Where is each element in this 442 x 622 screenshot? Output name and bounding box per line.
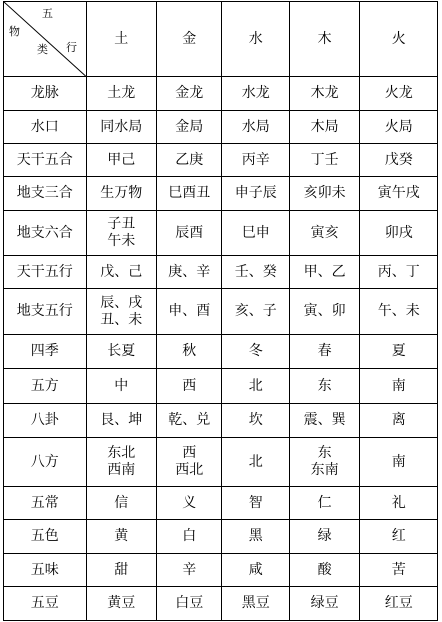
table-cell: 生万物: [86, 177, 156, 211]
table-cell: 卯戌: [360, 211, 438, 256]
table-cell: 子丑午未: [86, 211, 156, 256]
table-body: 五 物 类 行 土 金 水 木 火 龙脉土龙金龙水龙木龙火龙水口同水局金局水局木…: [4, 2, 438, 621]
table-row: 地支六合子丑午未辰酉巳申寅亥卯戌: [4, 211, 438, 256]
table-row: 五常信义智仁礼: [4, 487, 438, 520]
table-cell: 土龙: [86, 77, 156, 111]
table-cell: 西: [157, 369, 222, 404]
table-cell: 长夏: [86, 335, 156, 369]
cell-line: 午未: [87, 233, 156, 250]
table-row: 五豆黄豆白豆黑豆绿豆红豆: [4, 587, 438, 621]
table-cell: 木局: [289, 111, 359, 144]
table-cell: 丙辛: [222, 144, 289, 177]
row-label: 五豆: [4, 587, 87, 621]
table-cell: 秋: [157, 335, 222, 369]
row-label: 水口: [4, 111, 87, 144]
table-cell: 巳申: [222, 211, 289, 256]
corner-label-xing: 行: [66, 42, 77, 54]
table-cell: 金龙: [157, 77, 222, 111]
table-cell: 义: [157, 487, 222, 520]
table-cell: 黄: [86, 520, 156, 554]
table-cell: 黄豆: [86, 587, 156, 621]
table-cell: 庚、辛: [157, 256, 222, 289]
row-label: 天干五合: [4, 144, 87, 177]
table-cell: 甜: [86, 554, 156, 587]
cell-line: 子丑: [87, 216, 156, 233]
table-cell: 寅、卯: [289, 289, 359, 335]
header-row: 五 物 类 行 土 金 水 木 火: [4, 2, 438, 77]
row-label: 天干五行: [4, 256, 87, 289]
corner-label-wu-object: 物: [9, 26, 20, 38]
table-cell: 红豆: [360, 587, 438, 621]
table-cell: 亥、子: [222, 289, 289, 335]
corner-header-cell: 五 物 类 行: [4, 2, 87, 77]
table-cell: 火龙: [360, 77, 438, 111]
table-cell: 礼: [360, 487, 438, 520]
corner-label-wu: 五: [42, 8, 53, 20]
table-row: 水口同水局金局水局木局火局: [4, 111, 438, 144]
table-cell: 申、酉: [157, 289, 222, 335]
table-cell: 冬: [222, 335, 289, 369]
cell-line: 东南: [290, 462, 359, 479]
row-label: 地支六合: [4, 211, 87, 256]
corner-label-lei: 类: [37, 44, 48, 56]
table-cell: 坎: [222, 404, 289, 438]
table-cell: 亥卯未: [289, 177, 359, 211]
column-header-fire: 火: [360, 2, 438, 77]
table-cell: 仁: [289, 487, 359, 520]
table-cell: 北: [222, 438, 289, 487]
row-label: 五方: [4, 369, 87, 404]
row-label: 四季: [4, 335, 87, 369]
table-cell: 巳酉丑: [157, 177, 222, 211]
table-cell: 绿豆: [289, 587, 359, 621]
table-cell: 黑豆: [222, 587, 289, 621]
table-cell: 苦: [360, 554, 438, 587]
table-cell: 辰酉: [157, 211, 222, 256]
row-label: 八方: [4, 438, 87, 487]
table-cell: 艮、坤: [86, 404, 156, 438]
cell-line: 丑、未: [87, 312, 156, 329]
column-header-earth: 土: [86, 2, 156, 77]
row-label: 五色: [4, 520, 87, 554]
table-row: 八卦艮、坤乾、兑坎震、巽离: [4, 404, 438, 438]
table-cell: 东北西南: [86, 438, 156, 487]
cell-line: 东北: [87, 445, 156, 462]
table-row: 八方东北西南西西北北东东南南: [4, 438, 438, 487]
table-cell: 甲、乙: [289, 256, 359, 289]
table-cell: 夏: [360, 335, 438, 369]
table-cell: 智: [222, 487, 289, 520]
table-cell: 北: [222, 369, 289, 404]
table-cell: 南: [360, 438, 438, 487]
table-row: 四季长夏秋冬春夏: [4, 335, 438, 369]
table-cell: 丁壬: [289, 144, 359, 177]
table-cell: 金局: [157, 111, 222, 144]
table-cell: 寅午戌: [360, 177, 438, 211]
row-label: 地支五行: [4, 289, 87, 335]
column-header-wood: 木: [289, 2, 359, 77]
table-cell: 辛: [157, 554, 222, 587]
table-cell: 午、未: [360, 289, 438, 335]
table-row: 五味甜辛咸酸苦: [4, 554, 438, 587]
table-cell: 信: [86, 487, 156, 520]
table-cell: 春: [289, 335, 359, 369]
row-label: 龙脉: [4, 77, 87, 111]
table-row: 五色黄白黑绿红: [4, 520, 438, 554]
column-header-metal: 金: [157, 2, 222, 77]
table-cell: 南: [360, 369, 438, 404]
row-label: 八卦: [4, 404, 87, 438]
table-cell: 离: [360, 404, 438, 438]
cell-line: 西: [157, 445, 221, 462]
table-cell: 中: [86, 369, 156, 404]
cell-line: 西北: [157, 462, 221, 479]
table-cell: 东: [289, 369, 359, 404]
table-cell: 震、巽: [289, 404, 359, 438]
table-cell: 西西北: [157, 438, 222, 487]
table-cell: 白: [157, 520, 222, 554]
table-cell: 戊、己: [86, 256, 156, 289]
row-label: 地支三合: [4, 177, 87, 211]
table-cell: 乾、兑: [157, 404, 222, 438]
table-cell: 戊癸: [360, 144, 438, 177]
table-cell: 火局: [360, 111, 438, 144]
table-cell: 水局: [222, 111, 289, 144]
five-elements-table: 五 物 类 行 土 金 水 木 火 龙脉土龙金龙水龙木龙火龙水口同水局金局水局木…: [3, 1, 438, 621]
table-cell: 红: [360, 520, 438, 554]
table-cell: 甲己: [86, 144, 156, 177]
table-cell: 辰、戌丑、未: [86, 289, 156, 335]
cell-line: 辰、戌: [87, 295, 156, 312]
table-cell: 水龙: [222, 77, 289, 111]
table-cell: 寅亥: [289, 211, 359, 256]
table-row: 地支五行辰、戌丑、未申、酉亥、子寅、卯午、未: [4, 289, 438, 335]
table-cell: 丙、丁: [360, 256, 438, 289]
table-row: 五方中西北东南: [4, 369, 438, 404]
table-cell: 黑: [222, 520, 289, 554]
column-header-water: 水: [222, 2, 289, 77]
cell-line: 东: [290, 445, 359, 462]
row-label: 五常: [4, 487, 87, 520]
table-cell: 酸: [289, 554, 359, 587]
table-cell: 申子辰: [222, 177, 289, 211]
table-cell: 同水局: [86, 111, 156, 144]
table-cell: 木龙: [289, 77, 359, 111]
table-cell: 绿: [289, 520, 359, 554]
row-label: 五味: [4, 554, 87, 587]
table-row: 地支三合生万物巳酉丑申子辰亥卯未寅午戌: [4, 177, 438, 211]
table-cell: 东东南: [289, 438, 359, 487]
table-cell: 壬、癸: [222, 256, 289, 289]
table-row: 天干五行戊、己庚、辛壬、癸甲、乙丙、丁: [4, 256, 438, 289]
table-cell: 白豆: [157, 587, 222, 621]
table-cell: 咸: [222, 554, 289, 587]
table-row: 龙脉土龙金龙水龙木龙火龙: [4, 77, 438, 111]
table-cell: 乙庚: [157, 144, 222, 177]
cell-line: 西南: [87, 462, 156, 479]
table-row: 天干五合甲己乙庚丙辛丁壬戊癸: [4, 144, 438, 177]
